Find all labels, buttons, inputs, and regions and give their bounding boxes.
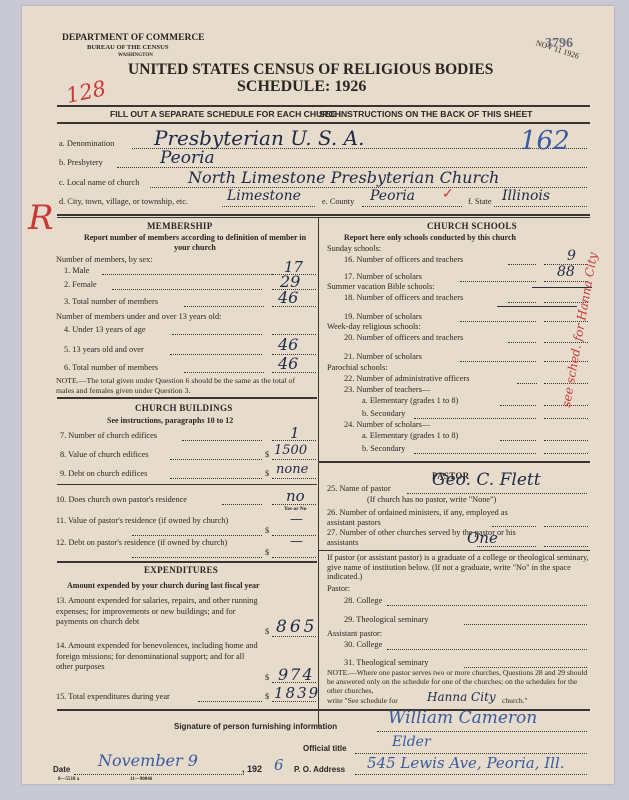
- q24-label: 24. Number of scholars—: [344, 420, 430, 429]
- currency-sign: $: [265, 450, 269, 459]
- q8-label: 8. Value of church edifices: [60, 450, 149, 459]
- q12-label: 12. Debt on pastor's residence (if owned…: [56, 537, 256, 548]
- currency-sign: $: [265, 673, 269, 682]
- q15-label: 15. Total expenditures during year: [56, 692, 170, 701]
- q25-pastor-name-field[interactable]: Geo. C. Flett: [432, 470, 541, 490]
- dotted-line: [222, 206, 315, 207]
- q13-amount-field[interactable]: 865: [276, 617, 317, 637]
- divider: [57, 217, 590, 218]
- census-schedule-sheet: DEPARTMENT OF COMMERCE BUREAU OF THE CEN…: [22, 6, 614, 784]
- divider: [57, 397, 317, 399]
- q18-label: 18. Number of officers and teachers: [344, 293, 463, 302]
- q19-dash-field[interactable]: [497, 306, 577, 307]
- dotted-line: [102, 274, 282, 275]
- q23b-label: b. Secondary: [362, 409, 405, 418]
- dotted-line: [198, 701, 262, 702]
- membership-heading: MEMBERSHIP: [147, 221, 213, 231]
- dotted-line: [460, 281, 536, 282]
- print-code: 11—90846: [130, 777, 152, 782]
- q4-label: 4. Under 13 years of age: [64, 325, 146, 334]
- currency-sign: $: [265, 526, 269, 535]
- q27-other-churches-field[interactable]: One: [467, 529, 498, 547]
- expenditures-heading: EXPENDITURES: [144, 565, 218, 575]
- pastor-note-suffix: church.": [502, 696, 528, 705]
- dotted-line: [355, 774, 587, 775]
- currency-sign: $: [265, 692, 269, 701]
- local-name-field[interactable]: North Limestone Presbyterian Church: [188, 168, 499, 187]
- see-schedule-church-field[interactable]: Hanna City: [427, 690, 496, 704]
- instruction-left: FILL OUT A SEPARATE SCHEDULE FOR EACH CH…: [110, 109, 343, 119]
- address-label: P. O. Address: [294, 765, 345, 774]
- dotted-line: [544, 453, 588, 454]
- county-label: e. County: [322, 197, 354, 206]
- q16-label: 16. Number of officers and teachers: [344, 255, 463, 264]
- q6-total-field[interactable]: 46: [278, 354, 298, 373]
- q20-label: 20. Number of officers and teachers: [344, 333, 463, 342]
- dotted-line: [508, 264, 536, 265]
- q14-amount-field[interactable]: 974: [278, 665, 315, 684]
- file-number-stamp: 3796: [545, 36, 573, 52]
- year-prefix: , 192: [242, 764, 262, 774]
- currency-sign: $: [265, 469, 269, 478]
- dotted-line: [362, 206, 462, 207]
- q6-label: 6. Total number of members: [64, 363, 158, 372]
- presbytery-field[interactable]: Peoria: [160, 148, 215, 168]
- dotted-line: [414, 453, 536, 454]
- bureau-heading: BUREAU OF THE CENSUS: [87, 44, 169, 51]
- dotted-line: [387, 605, 587, 606]
- dotted-line: [170, 459, 262, 460]
- q13-label: 13. Amount expended for salaries, repair…: [56, 596, 261, 628]
- local-name-label: c. Local name of church: [59, 178, 139, 187]
- parochial-schools-heading: Parochial schools:: [327, 363, 388, 372]
- q25-label: 25. Name of pastor: [327, 484, 391, 493]
- graduate-instructions: If pastor (or assistant pastor) is a gra…: [327, 553, 589, 582]
- form-subtitle: SCHEDULE: 1926: [237, 78, 366, 96]
- dotted-line: [414, 418, 536, 419]
- schools-heading: CHURCH SCHOOLS: [427, 221, 517, 231]
- expenditures-intro: Amount expended by your church during la…: [67, 581, 260, 590]
- q10-label: 10. Does church own pastor's residence: [56, 495, 187, 504]
- check-mark-icon: ✓: [442, 186, 454, 203]
- q12-debt-field[interactable]: —: [290, 534, 303, 549]
- presbytery-label: b. Presbytery: [59, 158, 103, 167]
- state-label: f. State: [468, 197, 492, 206]
- dotted-line: [132, 557, 262, 558]
- dotted-line: [544, 418, 588, 419]
- dotted-line: [172, 334, 262, 335]
- divider: [57, 122, 590, 124]
- official-title-field[interactable]: Elder: [392, 734, 431, 750]
- state-field[interactable]: Illinois: [502, 188, 550, 204]
- dotted-line: [184, 306, 264, 307]
- buildings-heading: CHURCH BUILDINGS: [135, 403, 233, 413]
- department-heading: DEPARTMENT OF COMMERCE: [62, 33, 205, 43]
- dotted-line: [222, 504, 262, 505]
- by-age-heading: Number of members under and over 13 year…: [56, 312, 221, 321]
- dotted-line: [272, 459, 316, 460]
- city-label: d. City, town, village, or township, etc…: [59, 197, 188, 206]
- summer-schools-heading: Summer vacation Bible schools:: [327, 282, 435, 291]
- official-title-label: Official title: [303, 744, 347, 753]
- county-field[interactable]: Peoria: [370, 188, 415, 204]
- form-code: 8—5518 a: [58, 777, 79, 782]
- assistant-subheading: Assistant pastor:: [327, 629, 382, 638]
- date-label: Date: [53, 765, 70, 774]
- q5-label: 5. 13 years old and over: [64, 345, 144, 354]
- divider: [57, 484, 317, 485]
- sunday-schools-heading: Sunday schools:: [327, 244, 381, 253]
- q21-label: 21. Number of scholars: [344, 352, 422, 361]
- q23a-label: a. Elementary (grades 1 to 8): [362, 396, 458, 405]
- dotted-line: [182, 440, 262, 441]
- dotted-line: [460, 321, 536, 322]
- year-field[interactable]: 6: [274, 756, 284, 774]
- dotted-line: [272, 478, 316, 479]
- pastor-note-prefix: write "See schedule for: [327, 696, 398, 705]
- q25-hint: (If church has no pastor, write "None"): [367, 495, 496, 504]
- instruction-right: SEE INSTRUCTIONS ON THE BACK OF THIS SHE…: [319, 109, 532, 119]
- q24a-label: a. Elementary (grades 1 to 8): [362, 431, 458, 440]
- q19-label: 19. Number of scholars: [344, 312, 422, 321]
- divider: [57, 105, 590, 107]
- red-annotation-number: 128: [64, 76, 108, 108]
- q11-value-field[interactable]: —: [290, 512, 303, 527]
- q17-field[interactable]: 88: [557, 264, 575, 280]
- q29-label: 29. Theological seminary: [344, 615, 428, 624]
- q8-value-field[interactable]: 1500: [274, 443, 307, 458]
- dotted-line: [170, 478, 262, 479]
- q2-label: 2. Female: [64, 280, 97, 289]
- dotted-line: [492, 526, 536, 527]
- divider: [319, 461, 590, 463]
- q7-edifices-field[interactable]: 1: [290, 424, 300, 442]
- dotted-line: [184, 372, 264, 373]
- dotted-line: [544, 526, 588, 527]
- dotted-line: [377, 731, 587, 732]
- q15-total-field[interactable]: 1839: [274, 684, 320, 702]
- by-sex-heading: Number of members, by sex:: [56, 255, 153, 264]
- dotted-line: [132, 535, 262, 536]
- q5-over13-field[interactable]: 46: [278, 335, 298, 354]
- dotted-line: [112, 289, 262, 290]
- denomination-field[interactable]: Presbyterian U. S. A.: [154, 126, 364, 150]
- dotted-line: [74, 774, 244, 775]
- q3-label: 3. Total number of members: [64, 297, 158, 306]
- dotted-line: [500, 405, 536, 406]
- q1-label: 1. Male: [64, 266, 89, 275]
- q14-label: 14. Amount expended for benevolences, in…: [56, 641, 261, 673]
- date-field[interactable]: November 9: [98, 751, 198, 770]
- q10-residence-field[interactable]: no: [286, 487, 305, 505]
- dotted-line: [272, 557, 316, 558]
- currency-sign: $: [265, 548, 269, 557]
- divider: [319, 550, 590, 551]
- dotted-line: [387, 649, 587, 650]
- membership-intro: Report number of members according to de…: [75, 233, 315, 253]
- city-field[interactable]: Limestone: [227, 188, 301, 204]
- signature-label: Signature of person furnishing informati…: [174, 722, 337, 731]
- q9-debt-field[interactable]: none: [276, 462, 308, 477]
- divider: [57, 214, 590, 216]
- dotted-line: [508, 342, 536, 343]
- dotted-line: [517, 383, 537, 384]
- dotted-line: [500, 440, 536, 441]
- q26-label: 26. Number of ordained ministers, if any…: [327, 508, 522, 528]
- q23-label: 23. Number of teachers—: [344, 385, 430, 394]
- denomination-label: a. Denomination: [59, 139, 114, 148]
- divider: [57, 561, 317, 563]
- membership-note: NOTE.—The total given under Question 6 s…: [56, 376, 314, 396]
- dotted-line: [407, 493, 587, 494]
- dotted-line: [544, 546, 588, 547]
- q11-label: 11. Value of pastor's residence (if owne…: [56, 515, 256, 526]
- q31-label: 31. Theological seminary: [344, 658, 428, 667]
- q17-label: 17. Number of scholars: [344, 272, 422, 281]
- q28-label: 28. College: [344, 596, 382, 605]
- dotted-line: [494, 206, 587, 207]
- dotted-line: [464, 624, 587, 625]
- q30-label: 30. College: [344, 640, 382, 649]
- blue-code-annotation: 162: [520, 126, 570, 156]
- q16-field[interactable]: 9: [567, 248, 576, 264]
- pastor-subheading: Pastor:: [327, 584, 350, 593]
- dotted-line: [544, 440, 588, 441]
- q7-label: 7. Number of church edifices: [60, 431, 157, 440]
- schools-intro: Report here only schools conducted by th…: [344, 233, 516, 242]
- currency-sign: $: [265, 627, 269, 636]
- q9-label: 9. Debt on church edifices: [60, 469, 147, 478]
- address-field[interactable]: 545 Lewis Ave, Peoria, Ill.: [367, 754, 565, 772]
- red-r-annotation: R: [28, 198, 54, 238]
- column-divider: [318, 217, 319, 727]
- q24b-label: b. Secondary: [362, 444, 405, 453]
- q3-total-field[interactable]: 46: [278, 288, 298, 307]
- dotted-line: [170, 354, 262, 355]
- city-heading: WASHINGTON: [118, 53, 153, 58]
- buildings-intro: See instructions, paragraphs 10 to 12: [107, 416, 233, 425]
- q22-label: 22. Number of administrative officers: [344, 374, 469, 383]
- dotted-line: [508, 302, 536, 303]
- form-title: UNITED STATES CENSUS OF RELIGIOUS BODIES: [128, 61, 493, 79]
- weekday-schools-heading: Week-day religious schools:: [327, 322, 421, 331]
- dotted-line: [460, 361, 536, 362]
- signature-field[interactable]: William Cameron: [388, 708, 537, 728]
